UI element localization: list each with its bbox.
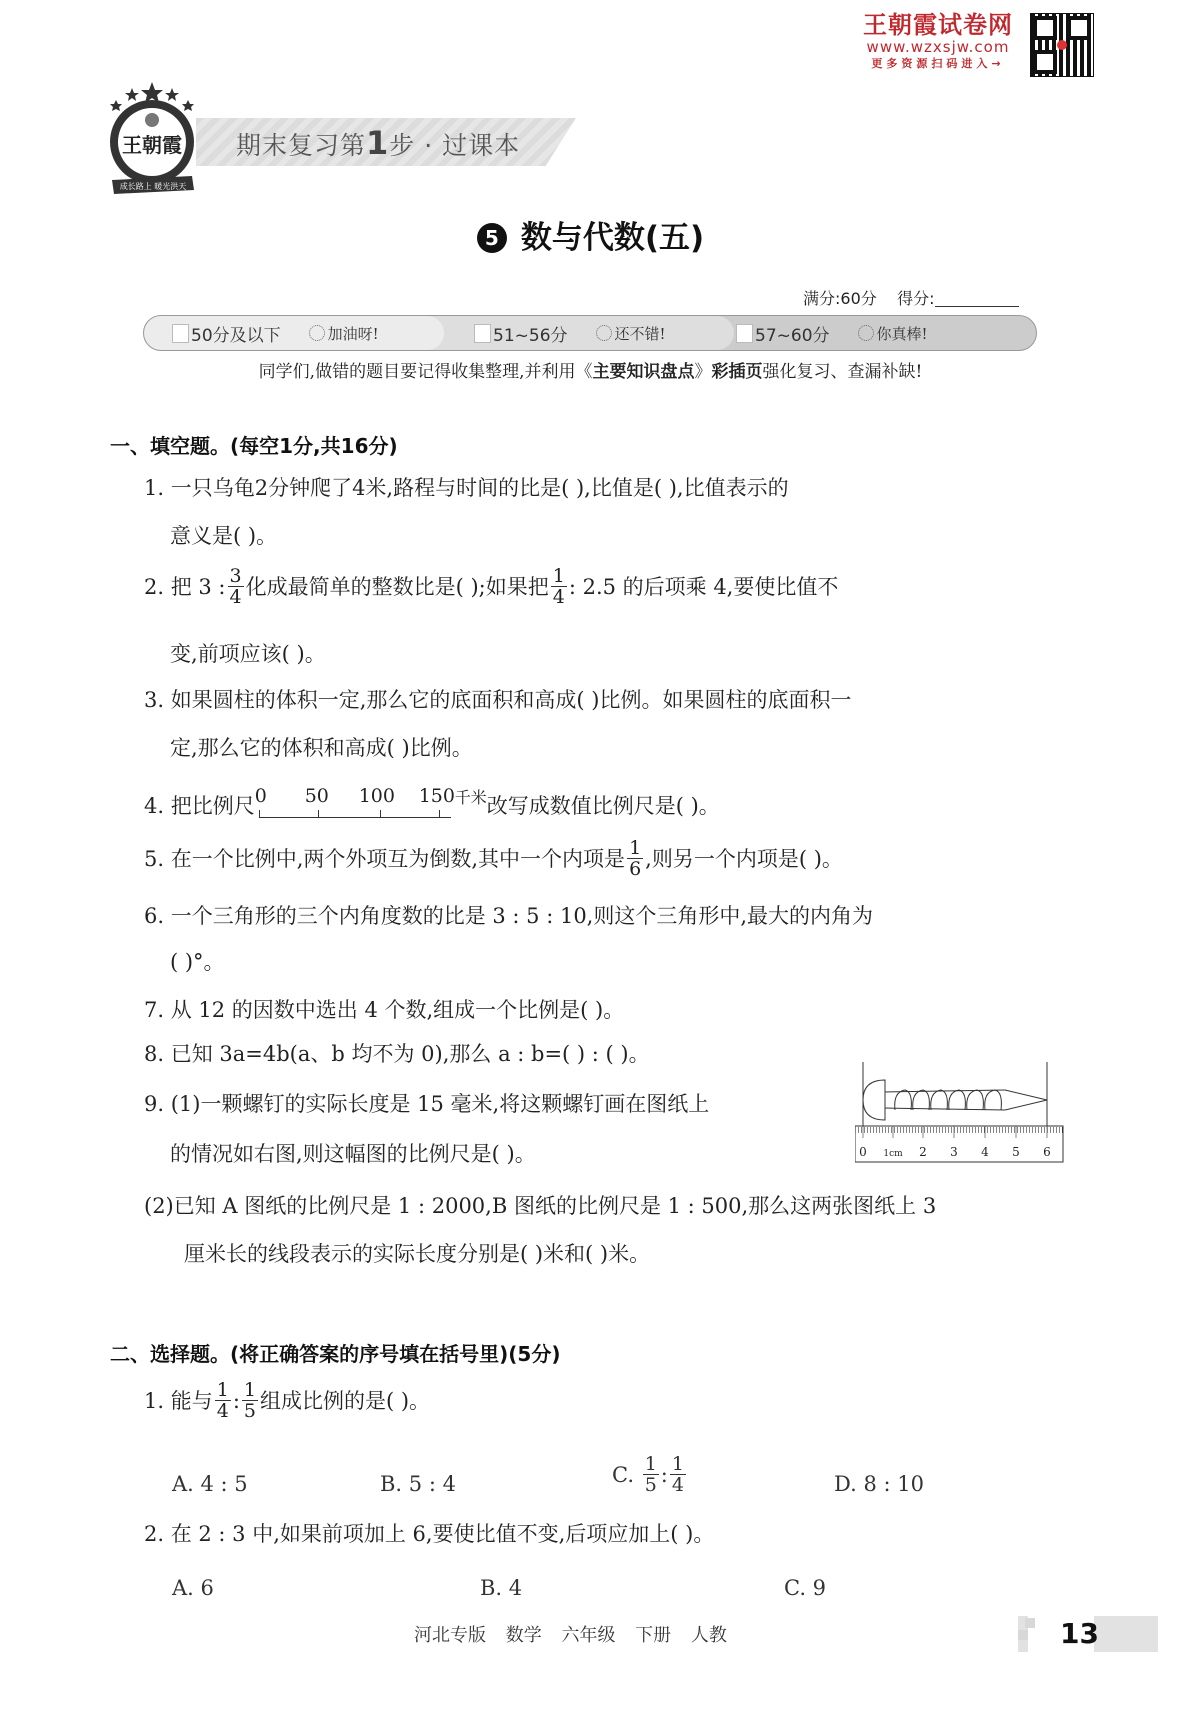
- svg-text:6: 6: [1043, 1145, 1051, 1159]
- svg-text:3: 3: [950, 1145, 958, 1159]
- score-blank[interactable]: [935, 290, 1019, 307]
- q9-2-line1: (2)已知 A 图纸的比例尺是 1 : 2000,B 图纸的比例尺是 1 : 5…: [144, 1192, 936, 1220]
- section-1-heading: 一、填空题。(每空1分,共16分): [110, 430, 398, 459]
- brand-tagline: 更多资源扫码进入→: [848, 56, 1028, 72]
- qr-code-icon[interactable]: [1030, 13, 1094, 77]
- level-low-checkbox[interactable]: [172, 324, 189, 343]
- score-level-bar: 50分及以下 加油呀! 51~56分 还不错! 57~60分 你真棒!: [143, 315, 1037, 351]
- level-high-checkbox[interactable]: [736, 324, 753, 343]
- s2-q1-option-c[interactable]: C. 15 : 14: [612, 1454, 688, 1495]
- q9-1-line1: 9. (1)一颗螺钉的实际长度是 15 毫米,将这颗螺钉画在图纸上: [144, 1090, 709, 1118]
- svg-text:0: 0: [859, 1145, 867, 1159]
- page-number: 13: [1060, 1617, 1099, 1650]
- q2-line1: 2. 把 3 : 34 化成最简单的整数比是( );如果把 14 : 2.5 的…: [144, 566, 838, 607]
- brand-url[interactable]: www.wzxsjw.com: [848, 38, 1028, 56]
- q7-line: 7. 从 12 的因数中选出 4 个数,组成一个比例是( )。: [144, 996, 624, 1024]
- svg-text:5: 5: [1012, 1145, 1020, 1159]
- s2-q1-option-b[interactable]: B. 5 : 4: [380, 1472, 456, 1496]
- level-high: 57~60分 你真棒!: [734, 316, 1036, 350]
- level-low: 50分及以下 加油呀!: [144, 316, 444, 350]
- banner-title: 期末复习第1步 · 过课本: [236, 124, 520, 162]
- happy-face-icon: [858, 325, 874, 341]
- svg-text:成长路上 暖光洪天: 成长路上 暖光洪天: [120, 181, 187, 191]
- s2-q1-option-a[interactable]: A. 4 : 5: [172, 1472, 248, 1496]
- fraction: 15: [242, 1380, 258, 1421]
- q2-line2: 变,前项应该( )。: [170, 640, 326, 668]
- s2-q1-line: 1. 能与 14 : 15 组成比例的是( )。: [144, 1380, 430, 1421]
- q3-line2: 定,那么它的体积和高成( )比例。: [170, 734, 473, 762]
- q1-line2: 意义是( )。: [170, 522, 277, 550]
- unit-number-badge: 5: [477, 223, 507, 253]
- cheer-face-icon: [309, 325, 325, 341]
- q1-line1: 1. 一只乌龟2分钟爬了4米,路程与时间的比是( ),比值是( ),比值表示的: [144, 474, 789, 502]
- svg-text:2: 2: [919, 1145, 927, 1159]
- fraction: 14: [215, 1380, 231, 1421]
- s2-q2-option-b[interactable]: B. 4: [480, 1576, 522, 1600]
- s2-q2-option-c[interactable]: C. 9: [784, 1576, 826, 1600]
- svg-text:1cm: 1cm: [883, 1149, 903, 1159]
- score-label: 得分:: [897, 289, 934, 308]
- tip-text: 同学们,做错的题目要记得收集整理,并利用《主要知识盘点》彩插页强化复习、查漏补缺…: [0, 357, 1181, 382]
- level-mid-checkbox[interactable]: [474, 324, 491, 343]
- footer-edition: 河北专版 数学 六年级 下册 人教: [414, 1621, 727, 1647]
- wangzhaoxia-logo-icon: 王朝霞 成长路上 暖光洪天: [106, 80, 198, 200]
- section-2-heading: 二、选择题。(将正确答案的序号填在括号里)(5分): [110, 1338, 560, 1367]
- brand-block: 王朝霞试卷网 www.wzxsjw.com 更多资源扫码进入→: [848, 12, 1028, 72]
- s2-q1-option-d[interactable]: D. 8 : 10: [834, 1472, 924, 1496]
- q4-line: 4. 把比例尺 0 50 100 150 千米 改写成数值比例尺是( )。: [144, 790, 720, 820]
- brand-name: 王朝霞试卷网: [848, 12, 1028, 38]
- svg-text:4: 4: [981, 1145, 989, 1159]
- s2-q2-line: 2. 在 2 : 3 中,如果前项加上 6,要使比值不变,后项应加上( )。: [144, 1520, 714, 1548]
- fraction: 34: [228, 566, 244, 607]
- s2-q2-option-a[interactable]: A. 6: [172, 1576, 214, 1600]
- screw-ruler-figure: 0 1cm 2 3 4 5 6: [855, 1062, 1065, 1182]
- q3-line1: 3. 如果圆柱的体积一定,那么它的底面积和高成( )比例。如果圆柱的底面积一: [144, 686, 851, 714]
- fraction: 14: [551, 566, 567, 607]
- q8-line: 8. 已知 3a=4b(a、b 均不为 0),那么 a : b=( ) : ( …: [144, 1040, 650, 1068]
- svg-text:王朝霞: 王朝霞: [122, 133, 182, 157]
- level-mid: 51~56分 还不错!: [414, 316, 734, 350]
- fraction: 16: [627, 838, 643, 879]
- q9-1-line2: 的情况如右图,则这幅图的比例尺是( )。: [170, 1140, 536, 1168]
- q5-line: 5. 在一个比例中,两个外项互为倒数,其中一个内项是 16 ,则另一个内项是( …: [144, 838, 843, 879]
- smile-face-icon: [596, 325, 612, 341]
- page-title: 5数与代数(五): [0, 212, 1181, 257]
- full-score: 满分:60分: [803, 289, 877, 308]
- q6-line1: 6. 一个三角形的三个内角度数的比是 3 : 5 : 10,则这个三角形中,最大…: [144, 902, 873, 930]
- score-line: 满分:60分 得分:: [803, 286, 1019, 309]
- q6-line2: ( )°。: [170, 948, 225, 976]
- q9-2-line2: 厘米长的线段表示的实际长度分别是( )米和( )米。: [184, 1240, 650, 1268]
- line-scale-bar: 0 50 100 150: [255, 790, 455, 820]
